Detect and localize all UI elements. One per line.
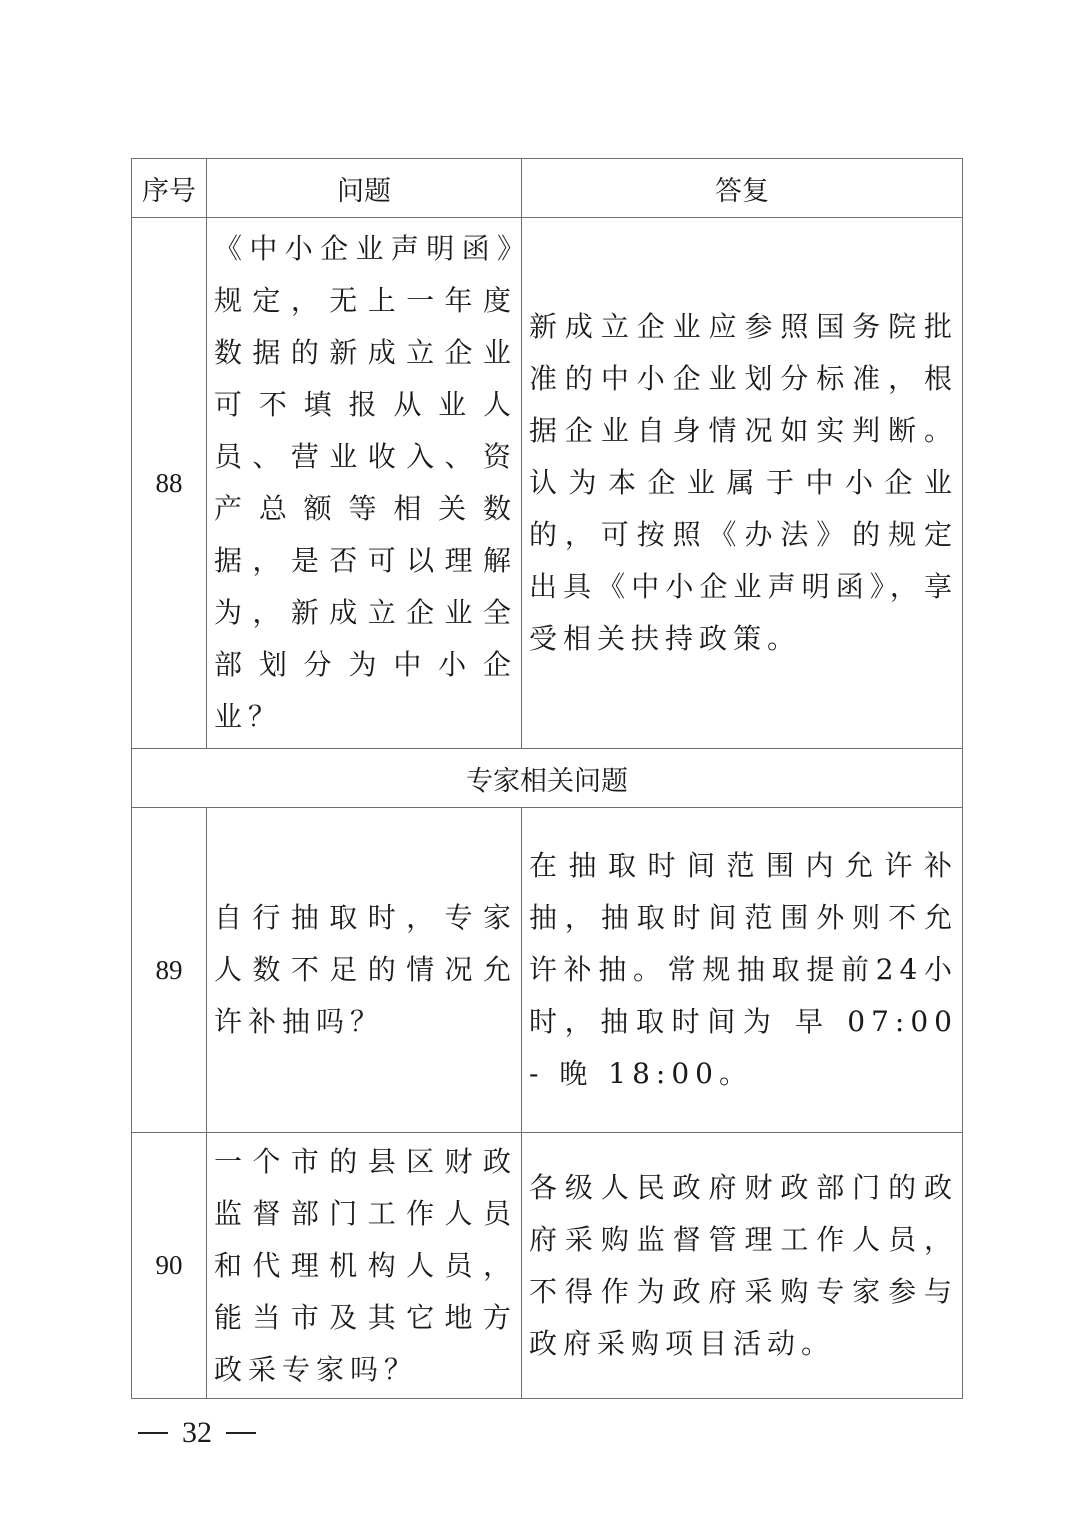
row-number: 89 [132,808,207,1133]
page-footer: 32 [138,1416,256,1450]
header-answer: 答复 [522,159,963,218]
page-number: 32 [182,1416,212,1450]
section-header-row: 专家相关问题 [132,749,963,808]
dash-right [226,1432,256,1434]
dash-left [138,1432,168,1434]
row-answer: 在抽取时间范围内允许补抽，抽取时间范围外则不允许补抽。常规抽取提前24小时，抽取… [522,808,963,1133]
table-row: 90 一个市的县区财政监督部门工作人员和代理机构人员，能当市及其它地方政采专家吗… [132,1133,963,1399]
row-number: 88 [132,218,207,749]
table-row: 88 《中小企业声明函》规定，无上一年度数据的新成立企业可不填报从业人员、营业收… [132,218,963,749]
row-question: 一个市的县区财政监督部门工作人员和代理机构人员，能当市及其它地方政采专家吗？ [207,1133,522,1399]
table-header-row: 序号 问题 答复 [132,159,963,218]
header-question: 问题 [207,159,522,218]
header-number: 序号 [132,159,207,218]
section-title: 专家相关问题 [132,749,963,808]
faq-table: 序号 问题 答复 88 《中小企业声明函》规定，无上一年度数据的新成立企业可不填… [131,158,963,1399]
row-number: 90 [132,1133,207,1399]
table-row: 89 自行抽取时，专家人数不足的情况允许补抽吗？ 在抽取时间范围内允许补抽，抽取… [132,808,963,1133]
row-answer: 新成立企业应参照国务院批准的中小企业划分标准，根据企业自身情况如实判断。认为本企… [522,218,963,749]
row-question: 《中小企业声明函》规定，无上一年度数据的新成立企业可不填报从业人员、营业收入、资… [207,218,522,749]
row-question: 自行抽取时，专家人数不足的情况允许补抽吗？ [207,808,522,1133]
row-answer: 各级人民政府财政部门的政府采购监督管理工作人员，不得作为政府采购专家参与政府采购… [522,1133,963,1399]
